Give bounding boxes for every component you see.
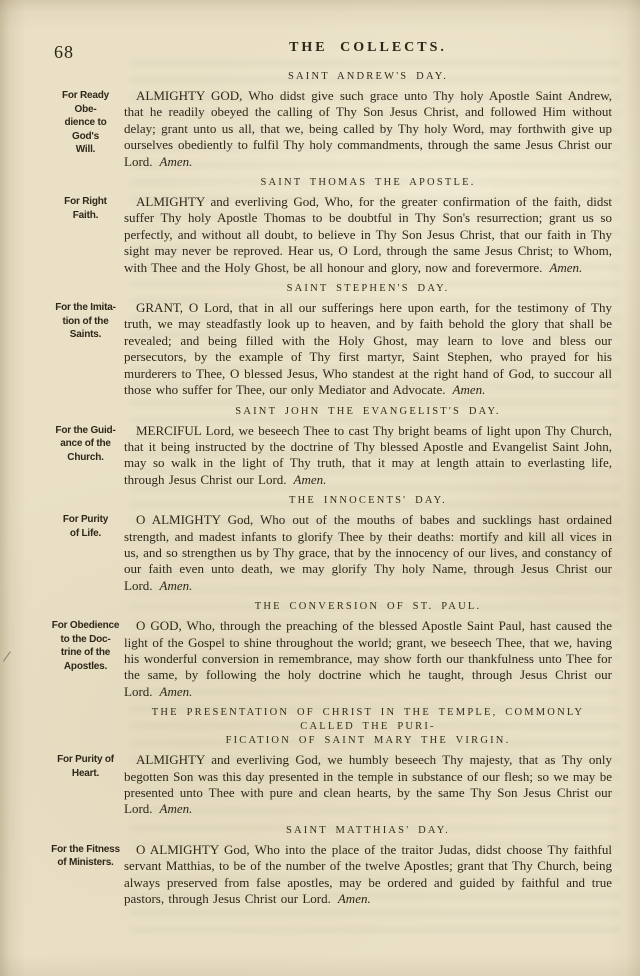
collect-text: ALMIGHTY GOD, Who didst give such grace …	[124, 88, 612, 170]
collect-row: For the Guid- ance of the Church. MERCIF…	[48, 423, 612, 489]
amen-text: Amen.	[160, 578, 193, 593]
collect-row: For Purity of Heart. ALMIGHTY and everli…	[48, 752, 612, 818]
collect-body-text: O ALMIGHTY God, Who out of the mouths of…	[124, 512, 612, 593]
collect-conversion-of-st-paul: THE CONVERSION OF ST. PAUL. For Obedienc…	[48, 600, 612, 700]
collect-the-innocents-day: THE INNOCENTS' DAY. For Purity of Life. …	[48, 494, 612, 594]
collect-body-text: O GOD, Who, through the preaching of the…	[124, 618, 612, 699]
collect-saint-matthias-day: SAINT MATTHIAS' DAY. For the Fitness of …	[48, 824, 612, 908]
collect-text: ALMIGHTY and everliving God, we humbly b…	[124, 752, 612, 818]
collect-saint-andrews-day: SAINT ANDREW'S DAY. For Ready Obe- dienc…	[48, 70, 612, 170]
collect-text: O ALMIGHTY God, Who into the place of th…	[124, 842, 612, 908]
collect-text: O ALMIGHTY God, Who out of the mouths of…	[124, 512, 612, 594]
running-title: THE COLLECTS.	[124, 40, 612, 56]
collect-body-text: ALMIGHTY and everliving God, we humbly b…	[124, 752, 612, 816]
section-heading: THE PRESENTATION OF CHRIST IN THE TEMPLE…	[124, 706, 612, 748]
collect-row: For Purity of Life. O ALMIGHTY God, Who …	[48, 512, 612, 594]
collect-saint-john-the-evangelists-day: SAINT JOHN THE EVANGELIST'S DAY. For the…	[48, 405, 612, 489]
collect-text: O GOD, Who, through the preaching of the…	[124, 618, 612, 700]
collect-row: For the Imita- tion of the Saints. GRANT…	[48, 300, 612, 398]
collect-row: For Ready Obe- dience to God's Will. ALM…	[48, 88, 612, 170]
margin-note: For the Guid- ance of the Church.	[48, 423, 124, 489]
margin-note: For Right Faith.	[48, 194, 124, 276]
collect-body-text: GRANT, O Lord, that in all our suffering…	[124, 300, 612, 397]
section-heading: SAINT STEPHEN'S DAY.	[124, 282, 612, 296]
collect-text: MERCIFUL Lord, we beseech Thee to cast T…	[124, 423, 612, 489]
section-heading: SAINT MATTHIAS' DAY.	[124, 824, 612, 838]
amen-text: Amen.	[549, 260, 582, 275]
collect-text: GRANT, O Lord, that in all our suffering…	[124, 300, 612, 398]
collect-body-text: MERCIFUL Lord, we beseech Thee to cast T…	[124, 423, 612, 487]
section-heading: THE INNOCENTS' DAY.	[124, 494, 612, 508]
book-page: 68 THE COLLECTS. SAINT ANDREW'S DAY. For…	[0, 0, 640, 976]
collect-body-text: ALMIGHTY GOD, Who didst give such grace …	[124, 88, 612, 169]
margin-note: For Obedience to the Doc- trine of the A…	[48, 618, 124, 700]
collect-body-text: ALMIGHTY and everliving God, Who, for th…	[124, 194, 612, 275]
collect-saint-stephens-day: SAINT STEPHEN'S DAY. For the Imita- tion…	[48, 282, 612, 398]
page-number: 68	[54, 42, 74, 63]
margin-note: For Ready Obe- dience to God's Will.	[48, 88, 124, 170]
collect-saint-thomas-the-apostle: SAINT THOMAS THE APOSTLE. For Right Fait…	[48, 176, 612, 276]
margin-note: For the Imita- tion of the Saints.	[48, 300, 124, 398]
margin-note: For Purity of Life.	[48, 512, 124, 594]
margin-note: For the Fitness of Ministers.	[48, 842, 124, 908]
section-heading: SAINT THOMAS THE APOSTLE.	[124, 176, 612, 190]
collect-row: For the Fitness of Ministers. O ALMIGHTY…	[48, 842, 612, 908]
margin-note: For Purity of Heart.	[48, 752, 124, 818]
scan-artifact-mark	[3, 651, 18, 664]
amen-text: Amen.	[294, 472, 327, 487]
section-heading: SAINT JOHN THE EVANGELIST'S DAY.	[124, 405, 612, 419]
section-heading: SAINT ANDREW'S DAY.	[124, 70, 612, 84]
collect-text: ALMIGHTY and everliving God, Who, for th…	[124, 194, 612, 276]
collect-presentation-purification: THE PRESENTATION OF CHRIST IN THE TEMPLE…	[48, 706, 612, 818]
amen-text: Amen.	[453, 382, 486, 397]
amen-text: Amen.	[160, 684, 193, 699]
amen-text: Amen.	[160, 801, 193, 816]
section-heading: THE CONVERSION OF ST. PAUL.	[124, 600, 612, 614]
amen-text: Amen.	[160, 154, 193, 169]
collect-row: For Obedience to the Doc- trine of the A…	[48, 618, 612, 700]
amen-text: Amen.	[338, 891, 371, 906]
collect-row: For Right Faith. ALMIGHTY and everliving…	[48, 194, 612, 276]
